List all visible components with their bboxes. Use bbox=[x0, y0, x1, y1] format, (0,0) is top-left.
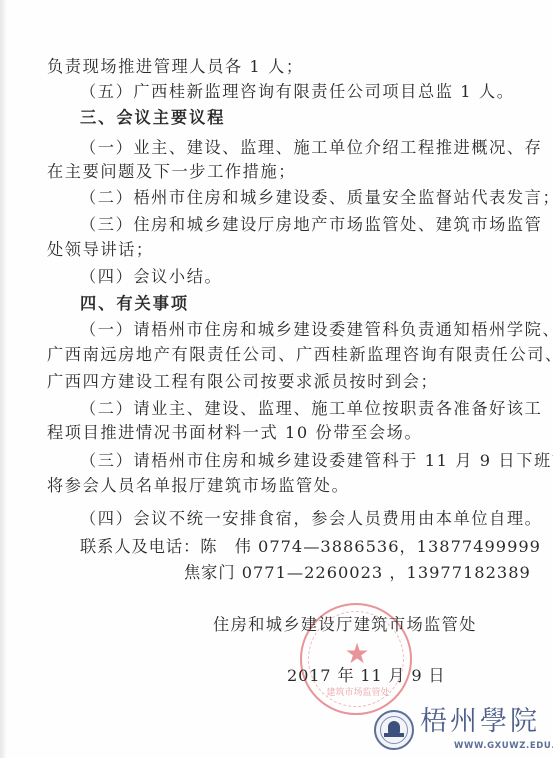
signature-date: 2017 年 11 月 9 日 bbox=[287, 666, 445, 686]
emblem-dome bbox=[388, 721, 400, 733]
body-line-continuation: 负责现场推进管理人员各 1 人； bbox=[47, 57, 304, 77]
matters-item-4: （四）会议不统一安排食宿，参会人员费用由本单位自理。 bbox=[80, 509, 542, 529]
contact-line-1: 联系人及电话：陈 伟 0774—3886536，13877499999 bbox=[80, 537, 541, 557]
body-line-item-5: （五）广西桂新监理咨询有限责任公司项目总监 1 人。 bbox=[80, 82, 515, 102]
watermark: 梧州學院 WWW.GXUWZ.EDU.CN bbox=[372, 704, 553, 758]
matters-item-2: （二）请业主、建设、监理、施工单位按职责各准备好该工 bbox=[80, 399, 542, 419]
section-heading-matters: 四、有关事项 bbox=[80, 294, 189, 314]
watermark-url: WWW.GXUWZ.EDU.CN bbox=[454, 741, 553, 751]
agenda-item-1: （一）业主、建设、监理、施工单位介绍工程推进概况、存 bbox=[80, 138, 542, 158]
matters-item-3-cont: 将参会人员名单报厅建筑市场监管处。 bbox=[47, 476, 349, 496]
matters-item-1: （一）请梧州市住房和城乡建设委建管科负责通知梧州学院、 bbox=[80, 320, 553, 340]
matters-item-2-cont: 程项目推进情况书面材料一式 10 份带至会场。 bbox=[47, 423, 422, 443]
contact-line-2: 焦家门 0771—2260023 ，13977182389 bbox=[184, 563, 531, 583]
agenda-item-2: （二）梧州市住房和城乡建设委、质量安全监督站代表发言； bbox=[80, 188, 553, 208]
matters-item-3: （三）请梧州市住房和城乡建设委建管科于 11 月 9 日下班前 bbox=[80, 451, 553, 471]
matters-item-1-cont-b: 广西四方建设工程有限公司按要求派员按时到会； bbox=[47, 372, 438, 392]
page-edge-shadow bbox=[0, 0, 6, 758]
agenda-item-1-cont: 在主要问题及下一步工作措施； bbox=[47, 162, 296, 182]
agenda-item-3: （三）住房和城乡建设厅房地产市场监管处、建筑市场监管 bbox=[80, 215, 542, 235]
agenda-item-4: （四）会议小结。 bbox=[80, 267, 222, 287]
watermark-title: 梧州學院 bbox=[420, 706, 540, 738]
document-page: 负责现场推进管理人员各 1 人； （五）广西桂新监理咨询有限责任公司项目总监 1… bbox=[0, 0, 553, 758]
emblem-base bbox=[384, 733, 404, 737]
matters-item-1-cont-a: 广西南远房地产有限责任公司、广西桂新监理咨询有限责任公司、 bbox=[47, 345, 553, 365]
university-emblem-icon bbox=[374, 710, 414, 750]
seal-star-icon: ★ bbox=[342, 639, 372, 669]
section-heading-agenda: 三、会议主要议程 bbox=[80, 108, 226, 128]
agenda-item-3-cont: 处领导讲话； bbox=[47, 240, 154, 260]
seal-text: 建筑市场监管处 bbox=[320, 685, 396, 698]
signature-organization: 住房和城乡建设厅建筑市场监管处 bbox=[213, 615, 477, 635]
